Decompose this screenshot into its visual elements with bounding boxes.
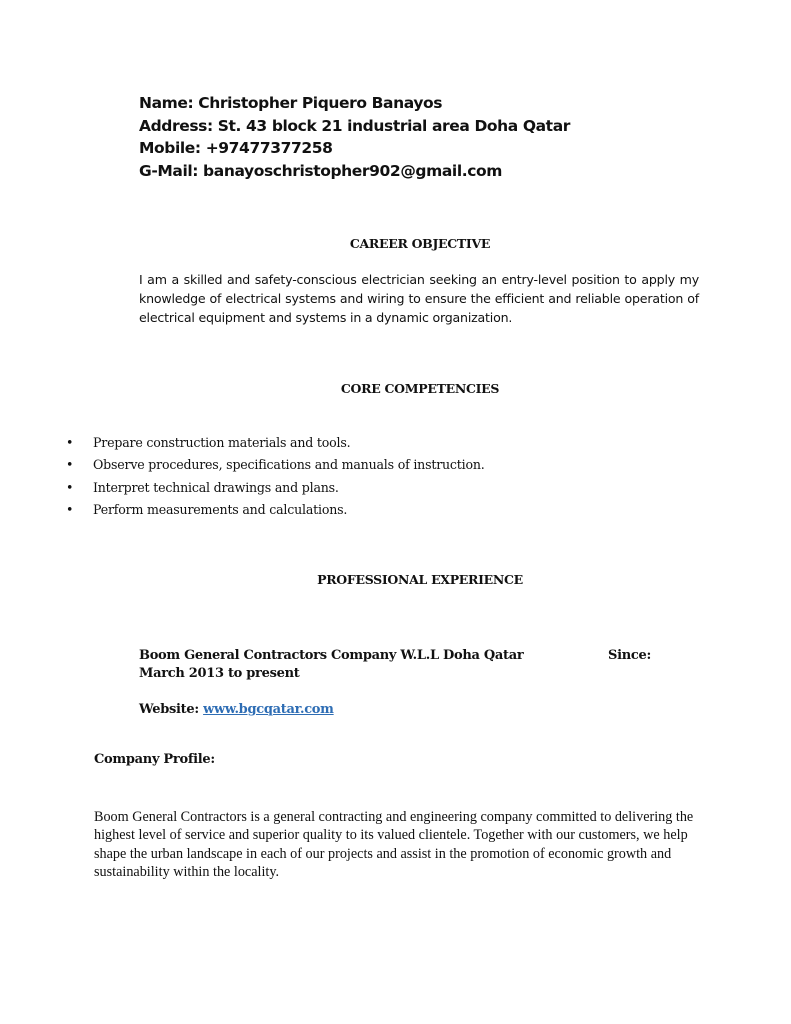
since-label: Since: (608, 648, 651, 663)
bullet-icon: • (66, 499, 73, 521)
bullet-icon: • (66, 432, 73, 454)
name-line: Name: Christopher Piquero Banayos (139, 92, 570, 115)
website-line: Website: www.bgcqatar.com (139, 702, 334, 717)
core-competencies-title: CORE COMPETENCIES (0, 381, 791, 396)
list-item: •Interpret technical drawings and plans. (63, 477, 485, 499)
company-profile-title: Company Profile: (94, 752, 215, 767)
gmail-line: G-Mail: banayoschristopher902@gmail.com (139, 160, 570, 183)
list-item: •Prepare construction materials and tool… (63, 432, 485, 454)
career-objective-text: I am a skilled and safety-conscious elec… (139, 270, 699, 327)
website-link[interactable]: www.bgcqatar.com (203, 702, 334, 717)
contact-header: Name: Christopher Piquero Banayos Addres… (139, 92, 570, 182)
address-line: Address: St. 43 block 21 industrial area… (139, 115, 570, 138)
mobile-line: Mobile: +97477377258 (139, 137, 570, 160)
company-profile-text: Boom General Contractors is a general co… (94, 808, 694, 881)
company-name: Boom General Contractors Company W.L.L D… (139, 648, 523, 663)
professional-experience-title: PROFESSIONAL EXPERIENCE (0, 572, 791, 587)
website-label: Website: (139, 702, 199, 717)
list-item: •Observe procedures, specifications and … (63, 454, 485, 476)
bullet-icon: • (66, 454, 73, 476)
bullet-icon: • (66, 477, 73, 499)
employment-period: March 2013 to present (139, 666, 299, 681)
list-item: •Perform measurements and calculations. (63, 499, 485, 521)
career-objective-title: CAREER OBJECTIVE (0, 236, 791, 251)
competencies-list: •Prepare construction materials and tool… (63, 432, 485, 521)
